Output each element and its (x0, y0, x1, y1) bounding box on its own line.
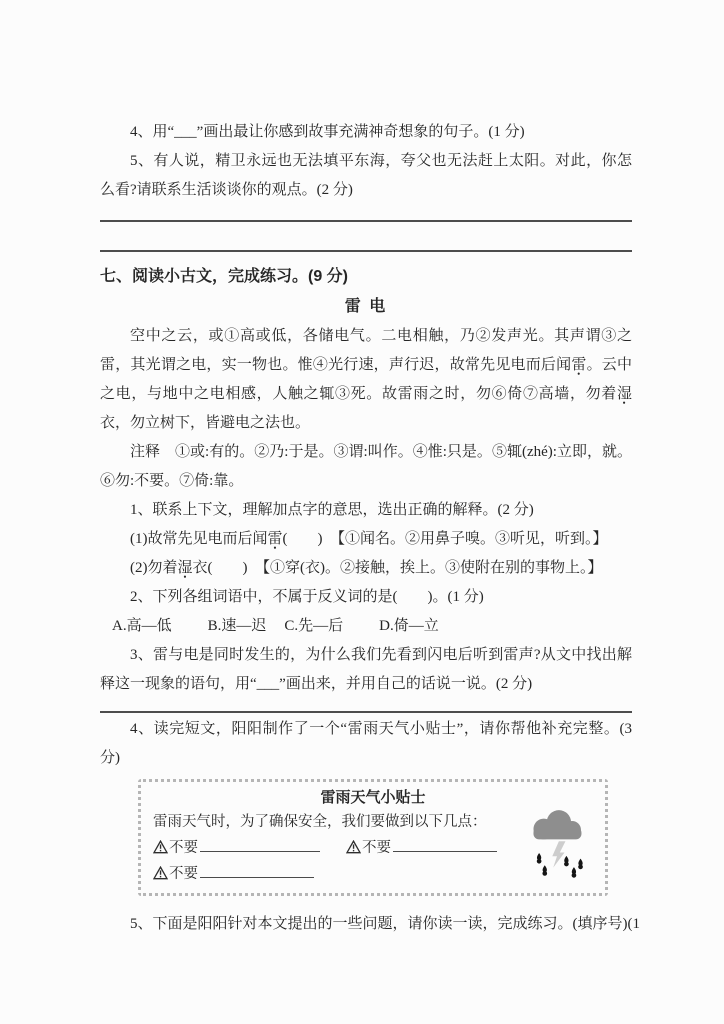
q2-stem: 2、下列各组词语中，不属于反义词的是( )。(1 分) (100, 583, 632, 612)
tip-item-label: 不要 (169, 840, 198, 856)
q1-item-1: (1)故常先见电而后闻雷( ) 【①闻名。②用鼻子嗅。③听见，听到。】 (100, 525, 632, 554)
warning-triangle-icon (153, 840, 168, 854)
section-divider-q4 (100, 711, 632, 713)
passage-text: 空中之云，或①高或低，各储电气。二电相触，乃②发声光。其声谓③之雷，其光谓之电，… (100, 322, 632, 438)
q2-option-d: D.倚—立 (379, 612, 439, 641)
tip-item-label: 不要 (362, 840, 391, 856)
q1-stem: 1、联系上下文，理解加点字的意思，选出正确的解释。(2 分) (100, 496, 632, 525)
emphasized-char: 闻 (253, 531, 268, 547)
lightning-bolt-icon (552, 841, 565, 867)
q1-item-1-post: 雷( ) 【①闻名。②用鼻子嗅。③听见，听到。】 (268, 531, 608, 547)
section-divider-bottom (100, 250, 632, 252)
emphasized-char: 着 (601, 386, 617, 402)
storm-cloud-icon (525, 808, 589, 882)
tip-item-2: 不要 (346, 835, 497, 861)
section-7-heading: 七、阅读小古文，完成练习。(9 分) (100, 262, 632, 292)
q1-item-1-pre: (1)故常先见电而后 (130, 531, 253, 547)
fill-in-blank (200, 839, 320, 852)
warning-triangle-icon (346, 840, 361, 854)
fill-in-blank (200, 865, 314, 878)
q4-stem: 4、读完短文，阳阳制作了一个“雷雨天气小贴士”，请你帮他补充完整。(3 分) (100, 715, 632, 773)
passage-title: 雷 电 (100, 292, 632, 322)
tip-box-title: 雷雨天气小贴士 (153, 786, 593, 810)
q1-item-2-post: 湿衣( ) 【①穿(衣)。②接触，挨上。③使附在别的事物上。】 (178, 560, 603, 576)
q3-stem: 3、雷与电是同时发生的，为什么我们先看到闪电后听到雷声?从文中找出解释这一现象的… (100, 641, 632, 699)
prev-question-4: 4、用“___”画出最让你感到故事充满神奇想象的句子。(1 分) (100, 118, 632, 147)
emphasized-char: 闻 (556, 357, 571, 373)
emphasized-char: 着 (163, 560, 178, 576)
tip-box: 雷雨天气小贴士 雷雨天气时，为了确保安全，我们要做到以下几点： 不要不要 不要 (138, 779, 608, 896)
q1-item-2: (2)勿着湿衣( ) 【①穿(衣)。②接触，挨上。③使附在别的事物上。】 (100, 554, 632, 583)
tip-item-1: 不要 (153, 835, 320, 861)
q2-options: A.高—低B.速—迟C.先—后D.倚—立 (100, 612, 632, 641)
warning-triangle-icon (153, 866, 168, 880)
passage-segment: 空中之云，或①高或低，各储电气。二电相触，乃②发声光。其声谓③之雷，其光谓之电，… (100, 328, 632, 373)
tip-item-label: 不要 (169, 866, 198, 882)
worksheet-page: 4、用“___”画出最让你感到故事充满神奇想象的句子。(1 分) 5、有人说，精… (0, 0, 724, 1024)
q5-stem: 5、下面是阳阳针对本文提出的一些问题，请你读一读，完成练习。(填序号)(1 (100, 910, 632, 939)
section-divider-top (100, 220, 632, 222)
q2-option-c: C.先—后 (284, 612, 343, 641)
tip-item-3: 不要 (153, 861, 314, 887)
passage-notes: 注释 ①或:有的。②乃:于是。③谓:叫作。④惟:只是。⑤辄(zhé):立即，就。… (100, 438, 632, 496)
q2-option-a: A.高—低 (112, 612, 172, 641)
q2-option-b: B.速—迟 (208, 612, 267, 641)
fill-in-blank (393, 839, 497, 852)
prev-question-5: 5、有人说，精卫永远也无法填平东海，夸父也无法赶上太阳。对此，你怎么看?请联系生… (100, 147, 632, 205)
